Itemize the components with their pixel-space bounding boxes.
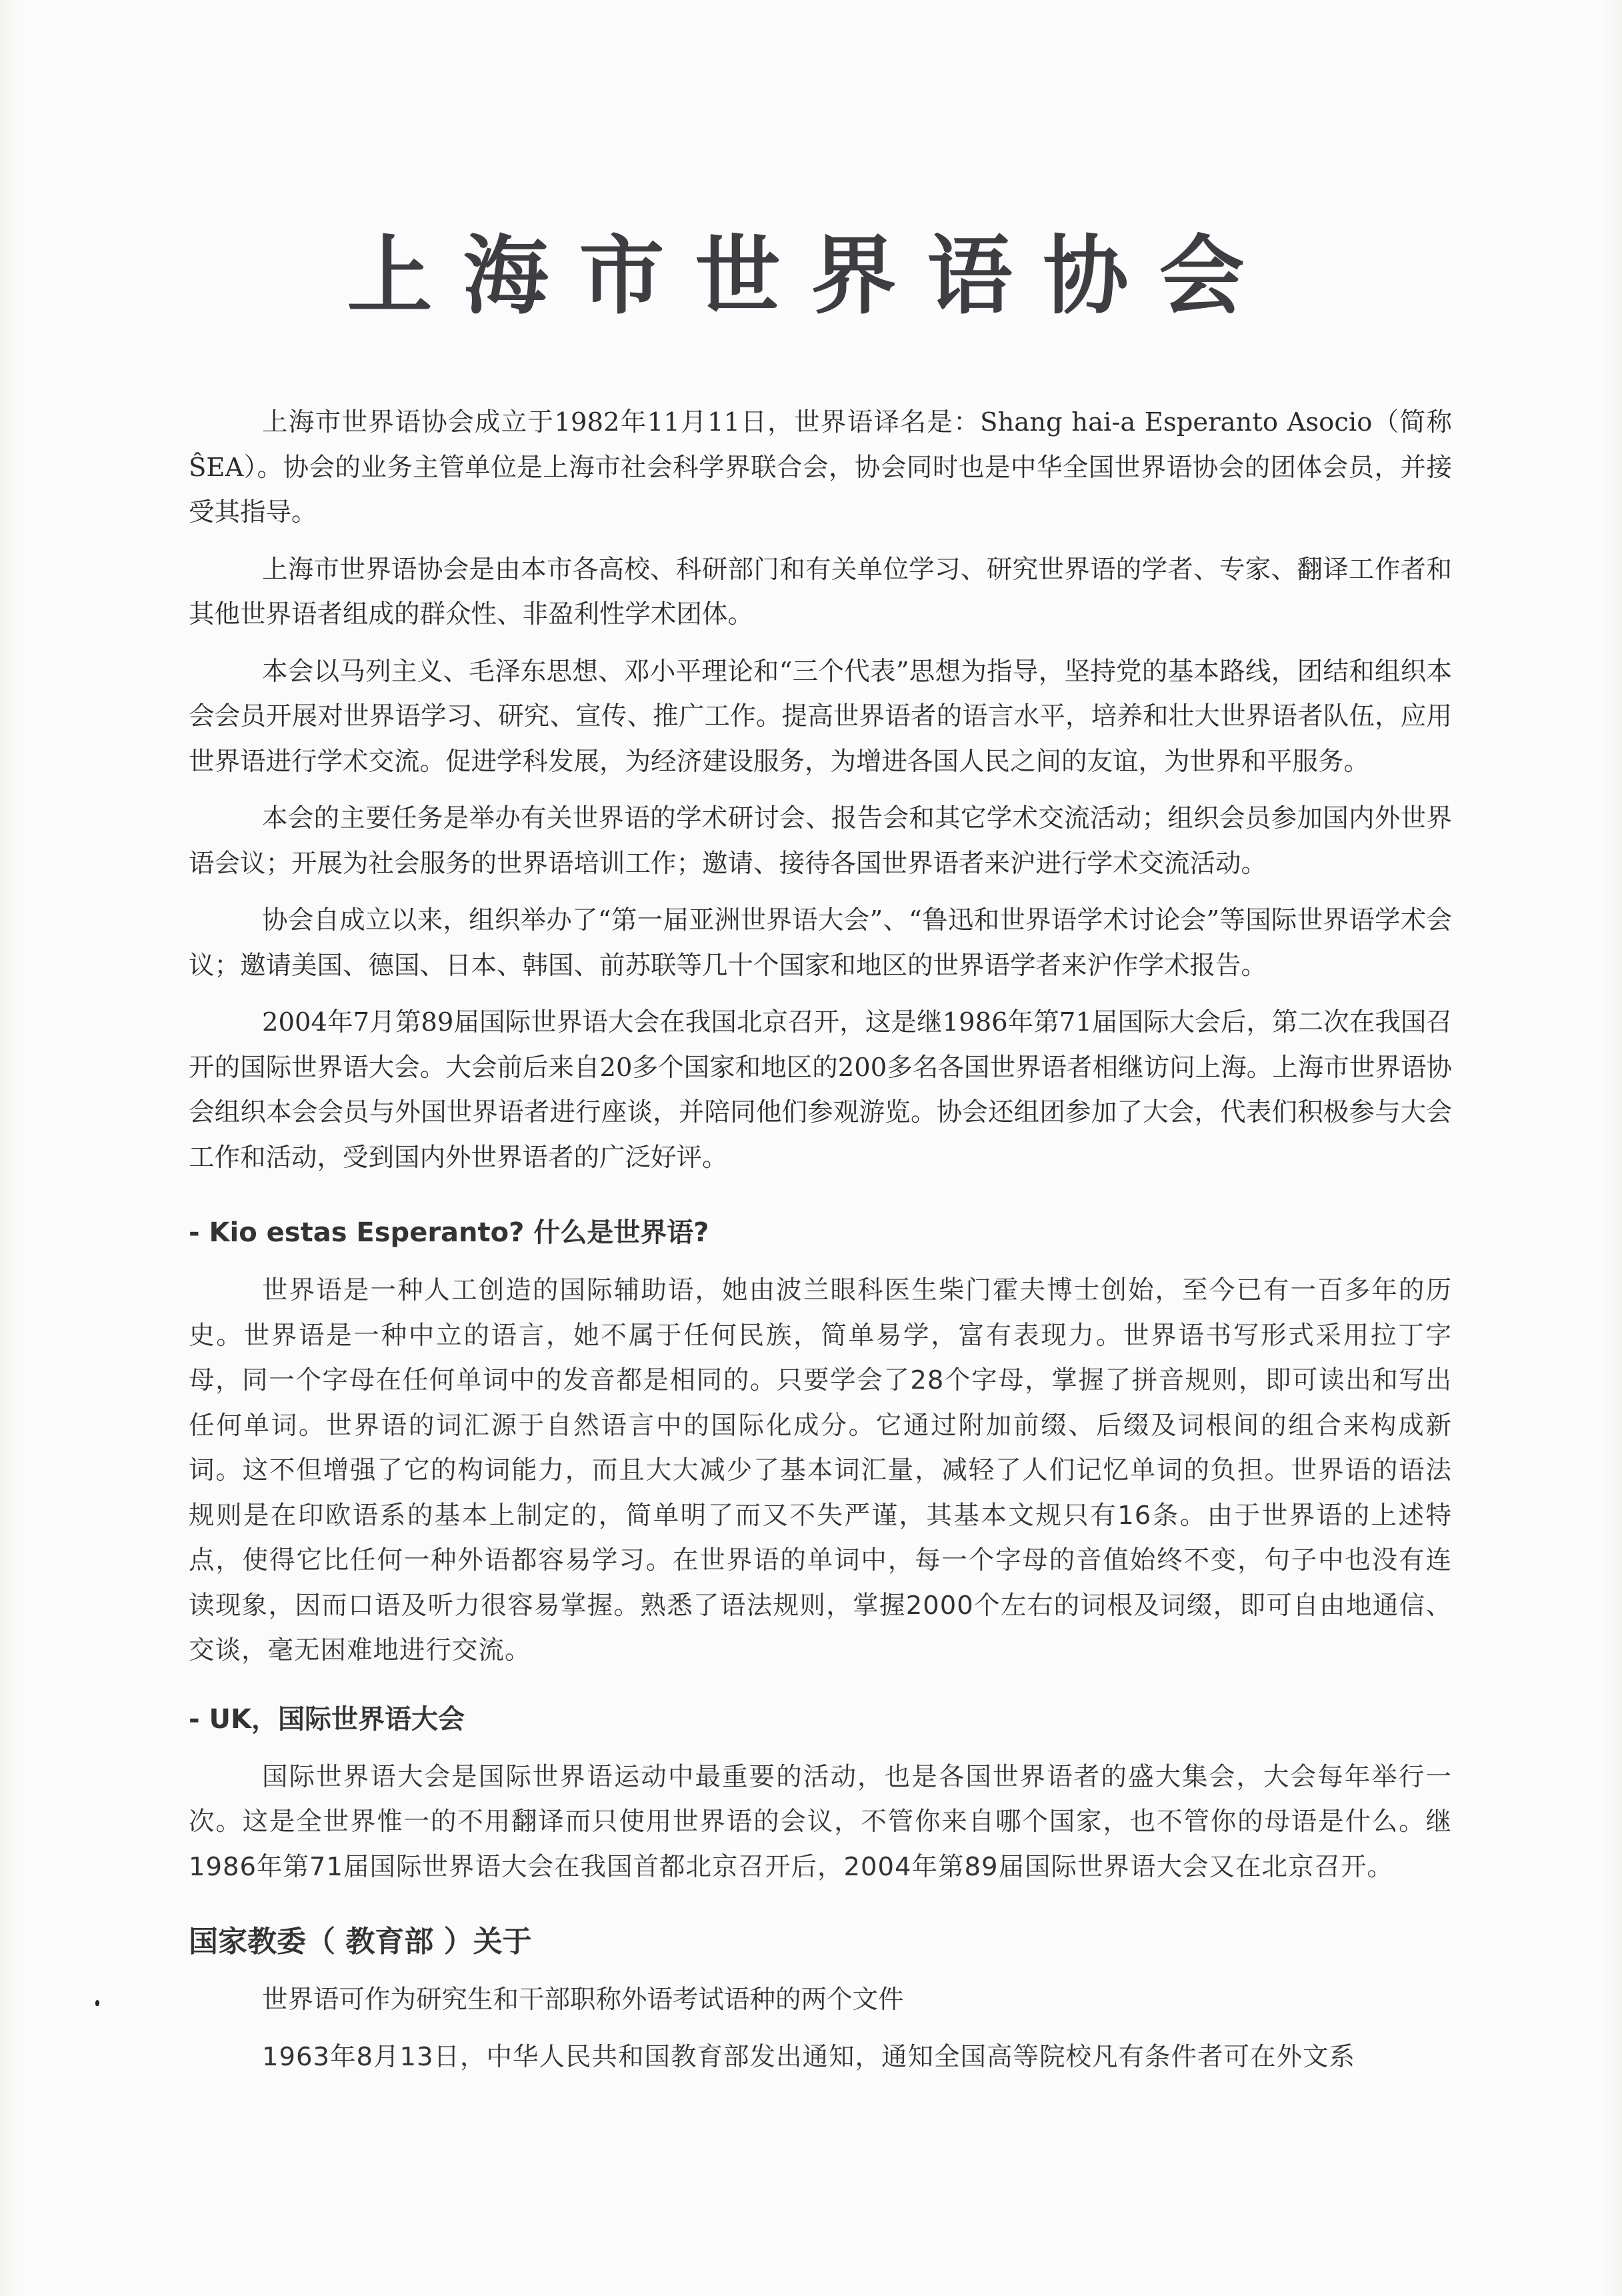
- intro-paragraph-composition: 上海市世界语协会是由本市各高校、科研部门和有关单位学习、研究世界语的学者、专家、…: [189, 547, 1452, 637]
- intro-paragraph-2004-congress: 2004年7月第89届国际世界语大会在我国北京召开，这是继1986年第71届国际…: [189, 1000, 1452, 1180]
- uk-paragraph: 国际世界语大会是国际世界语运动中最重要的活动，也是各国世界语者的盛大集会，大会每…: [189, 1755, 1452, 1890]
- scanned-page: 上海市世界语协会 上海市世界语协会成立于1982年11月11日，世界语译名是：S…: [0, 0, 1622, 2296]
- bullet-mark-icon: [95, 2000, 99, 2006]
- section-heading-uk: - UK，国际世界语大会: [189, 1696, 1452, 1743]
- intro-paragraph-founding: 上海市世界语协会成立于1982年11月11日，世界语译名是：Shang hai-…: [189, 400, 1452, 535]
- what-is-esperanto-paragraph: 世界语是一种人工创造的国际辅助语，她由波兰眼科医生柴门霍夫博士创始，至今已有一百…: [189, 1268, 1452, 1673]
- page-title: 上海市世界语协会: [0, 227, 1622, 327]
- document-body: 上海市世界语协会成立于1982年11月11日，世界语译名是：Shang hai-…: [189, 400, 1452, 2079]
- section-heading-ministry: 国家教委（ 教育部 ）关于: [189, 1919, 1452, 1965]
- section-heading-what-is-esperanto: - Kio estas Esperanto? 什么是世界语?: [189, 1209, 1452, 1256]
- intro-paragraph-history: 协会自成立以来，组织举办了“第一届亚洲世界语大会”、“鲁迅和世界语学术讨论会”等…: [189, 898, 1452, 988]
- ministry-subheading: 世界语可作为研究生和干部职称外语考试语种的两个文件: [189, 1977, 1452, 2023]
- intro-paragraph-tasks: 本会的主要任务是举办有关世界语的学术研讨会、报告会和其它学术交流活动；组织会员参…: [189, 796, 1452, 886]
- ministry-paragraph: 1963年8月13日，中华人民共和国教育部发出通知，通知全国高等院校凡有条件者可…: [189, 2035, 1452, 2080]
- intro-paragraph-guidance: 本会以马列主义、毛泽东思想、邓小平理论和“三个代表”思想为指导，坚持党的基本路线…: [189, 649, 1452, 785]
